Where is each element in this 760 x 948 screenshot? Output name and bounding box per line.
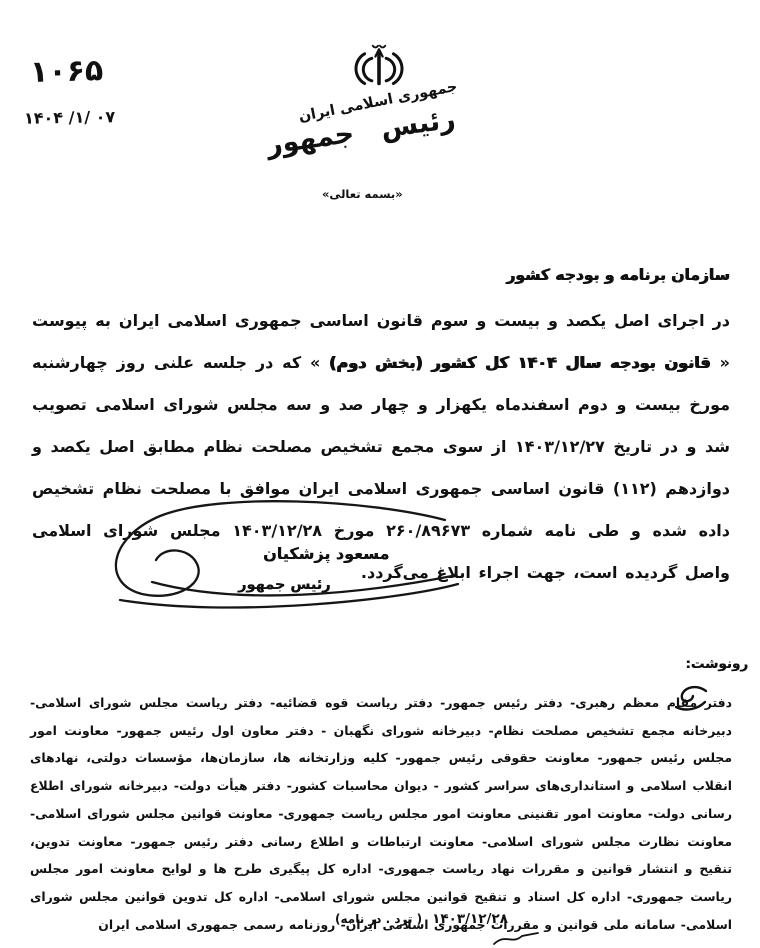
bismillah-line: «بسمه تعالی» [322,187,403,201]
handwritten-registration-number: ۱۰۶۵ [30,53,104,90]
footer-note-date: ۱۴۰۳/۱۲/۲۸ [432,911,508,927]
handwritten-scribble [492,931,540,946]
document-page: ۱۰۶۵ ۱۴۰۴ /۱/ ۰۷ جمهوری اسلامی ایران رئی… [0,0,760,948]
footer-note: ( ترد . در نامه) ۱۴۰۳/۱۲/۲۸ [335,911,508,927]
iran-emblem-icon [352,42,406,89]
signatory-name: مسعود پزشکیان [263,544,389,563]
recipient-heading: سازمان برنامه و بودجه کشور [507,266,730,284]
signatory-title: رئیس جمهور [238,577,330,593]
cc-recipients-list: دفتر مقام معظم رهبری- دفتر رئیس جمهور- د… [30,689,732,938]
footer-note-text: ( ترد . در نامه) [335,912,422,926]
letter-body-law-title: قانون بودجه سال ۱۴۰۴ کل کشور (بخش دوم) [329,353,711,372]
cc-label: رونوشت: [685,656,748,672]
handwritten-registration-date: ۱۴۰۴ /۱/ ۰۷ [24,107,116,128]
